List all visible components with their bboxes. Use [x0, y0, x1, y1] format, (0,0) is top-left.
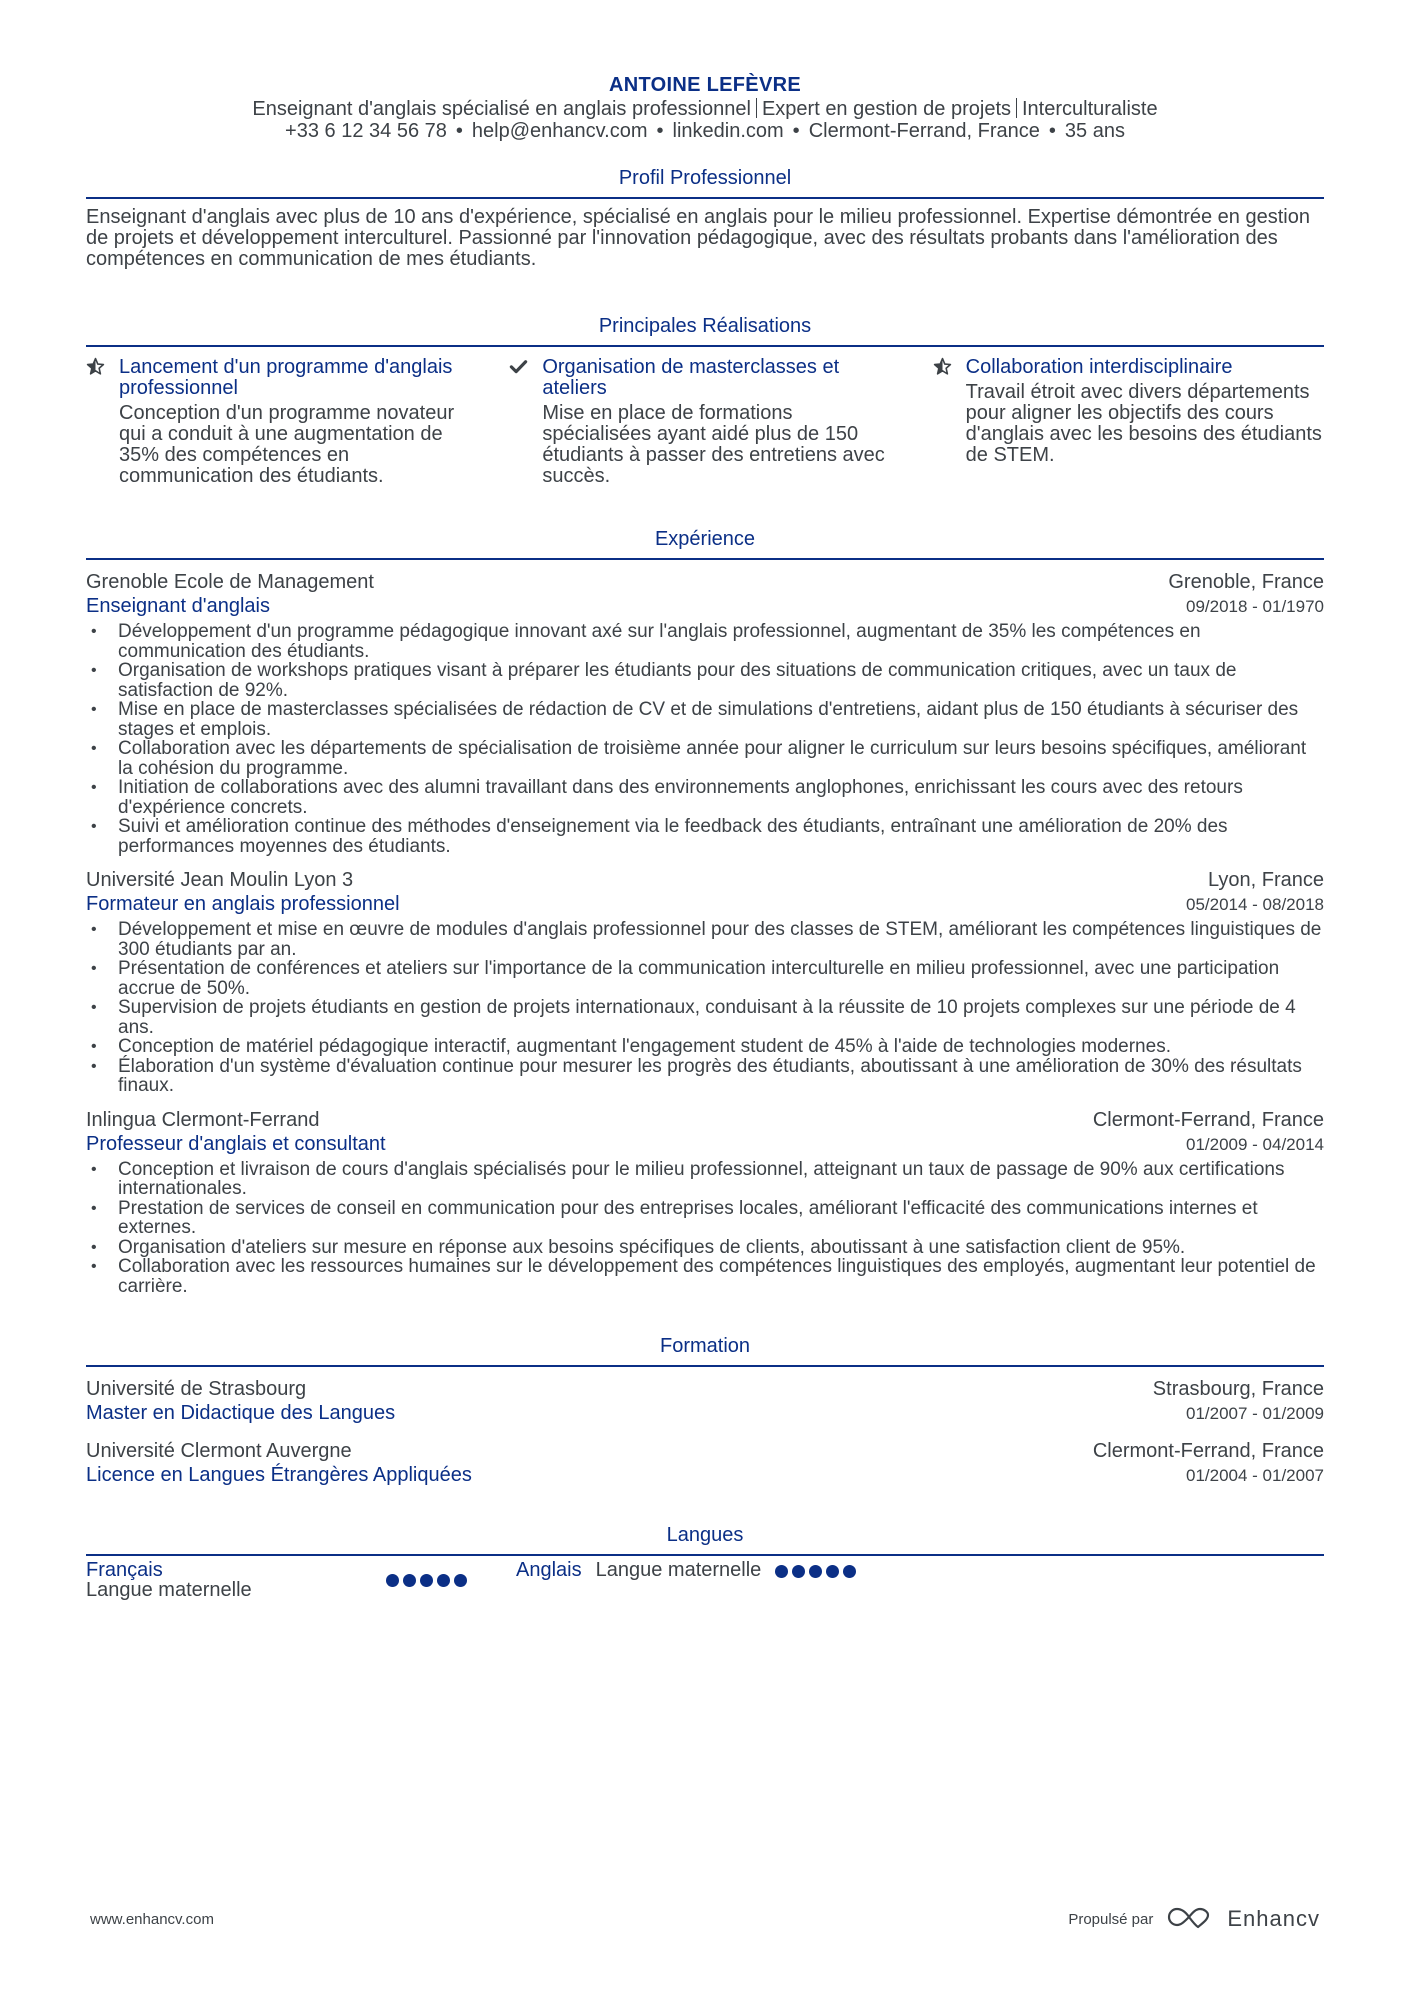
job-dates: 09/2018 - 01/1970: [1186, 596, 1324, 618]
achievement-title: Organisation de masterclasses et atelier…: [542, 357, 900, 399]
bullet-item: Collaboration avec les départements de s…: [86, 739, 1324, 778]
rating-dot-icon: [454, 1574, 467, 1587]
degree: Licence en Langues Étrangères Appliquées: [86, 1463, 472, 1487]
email-link[interactable]: help@enhancv.com: [472, 120, 648, 142]
education-location: Clermont-Ferrand, France: [1093, 1439, 1324, 1463]
education-entry: Université de Strasbourg Strasbourg, Fra…: [86, 1377, 1324, 1425]
degree: Master en Didactique des Langues: [86, 1401, 395, 1425]
education-dates: 01/2007 - 01/2009: [1186, 1403, 1324, 1425]
rating-dot-icon: [843, 1565, 856, 1578]
language-level: Langue maternelle: [86, 1580, 386, 1600]
contact-line: +33 6 12 34 56 78•help@enhancv.com•linke…: [86, 120, 1324, 142]
bullet-item: Prestation de services de conseil en com…: [86, 1199, 1324, 1238]
job-title: Formateur en anglais professionnel: [86, 892, 400, 916]
bullet-item: Mise en place de masterclasses spécialis…: [86, 700, 1324, 739]
achievements-grid: Lancement d'un programme d'anglais profe…: [86, 347, 1324, 487]
job-dates: 01/2009 - 04/2014: [1186, 1134, 1324, 1156]
achievement-description: Mise en place de formations spécialisées…: [542, 403, 900, 487]
bullet-item: Élaboration d'un système d'évaluation co…: [86, 1057, 1324, 1096]
profile-summary: Enseignant d'anglais avec plus de 10 ans…: [86, 207, 1324, 270]
achievement-item: Organisation de masterclasses et atelier…: [509, 357, 900, 487]
rating-dot-icon: [792, 1565, 805, 1578]
rating-dot-icon: [437, 1574, 450, 1587]
achievement-item: Lancement d'un programme d'anglais profe…: [86, 357, 477, 487]
education-section: Formation Université de Strasbourg Stras…: [86, 1334, 1324, 1487]
school-name: Université de Strasbourg: [86, 1377, 306, 1401]
language-name: Anglais: [516, 1560, 582, 1580]
section-title: Principales Réalisations: [86, 314, 1324, 347]
bullet-item: Développement d'un programme pédagogique…: [86, 622, 1324, 661]
bullet-item: Collaboration avec les ressources humain…: [86, 1257, 1324, 1296]
experience-list: Grenoble Ecole de ManagementGrenoble, Fr…: [86, 560, 1324, 1296]
divider: [756, 98, 757, 118]
job-location: Grenoble, France: [1168, 570, 1324, 594]
job-dates: 05/2014 - 08/2018: [1186, 894, 1324, 916]
language-rating: [775, 1565, 856, 1578]
rating-dot-icon: [809, 1565, 822, 1578]
profile-section: Profil Professionnel Enseignant d'anglai…: [86, 166, 1324, 270]
bullet-item: Suivi et amélioration continue des métho…: [86, 817, 1324, 856]
age: 35 ans: [1065, 120, 1125, 142]
resume-page: ANTOINE LEFÈVRE Enseignant d'anglais spé…: [0, 0, 1410, 1995]
languages-list: Français Langue maternelle Anglais Langu…: [86, 1556, 1324, 1600]
powered-by-label: Propulsé par: [1068, 1911, 1153, 1928]
company-name: Grenoble Ecole de Management: [86, 570, 374, 594]
check-icon: [509, 357, 542, 487]
bullet-list: Développement et mise en œuvre de module…: [86, 920, 1324, 1096]
bullet-item: Présentation de conférences et ateliers …: [86, 959, 1324, 998]
bullet-list: Conception et livraison de cours d'angla…: [86, 1160, 1324, 1297]
language-name: Français: [86, 1560, 386, 1580]
section-title: Expérience: [86, 527, 1324, 560]
language-item: Français Langue maternelle: [86, 1560, 386, 1600]
divider: [1016, 98, 1017, 118]
achievements-section: Principales Réalisations Lancement d'un …: [86, 314, 1324, 487]
bullet-item: Organisation de workshops pratiques visa…: [86, 661, 1324, 700]
section-title: Formation: [86, 1334, 1324, 1367]
rating-dot-icon: [420, 1574, 433, 1587]
phone[interactable]: +33 6 12 34 56 78: [285, 120, 447, 142]
star-half-icon: [933, 357, 966, 487]
job-title: Professeur d'anglais et consultant: [86, 1132, 386, 1156]
brand-name: Enhancv: [1227, 1906, 1320, 1932]
section-title: Langues: [86, 1523, 1324, 1556]
website-link[interactable]: www.enhancv.com: [90, 1911, 214, 1928]
bullet-item: Conception de matériel pédagogique inter…: [86, 1037, 1324, 1057]
headline-part: Enseignant d'anglais spécialisé en angla…: [252, 98, 751, 120]
candidate-name: ANTOINE LEFÈVRE: [86, 72, 1324, 98]
company-name: Université Jean Moulin Lyon 3: [86, 868, 353, 892]
achievement-description: Travail étroit avec divers départements …: [966, 382, 1324, 466]
achievement-title: Lancement d'un programme d'anglais profe…: [119, 357, 477, 399]
resume-header: ANTOINE LEFÈVRE Enseignant d'anglais spé…: [86, 72, 1324, 142]
linkedin-link[interactable]: linkedin.com: [673, 120, 784, 142]
achievement-item: Collaboration interdisciplinaire Travail…: [933, 357, 1324, 487]
education-dates: 01/2004 - 01/2007: [1186, 1465, 1324, 1487]
star-half-icon: [86, 357, 119, 487]
separator-dot: •: [793, 120, 800, 142]
bullet-item: Organisation d'ateliers sur mesure en ré…: [86, 1238, 1324, 1258]
education-entry: Université Clermont Auvergne Clermont-Fe…: [86, 1439, 1324, 1487]
enhancv-logo-icon: [1167, 1905, 1213, 1933]
headline-part: Interculturaliste: [1022, 98, 1158, 120]
achievement-description: Conception d'un programme novateur qui a…: [119, 403, 477, 487]
bullet-item: Développement et mise en œuvre de module…: [86, 920, 1324, 959]
language-rating: [386, 1574, 516, 1587]
experience-entry: Université Jean Moulin Lyon 3Lyon, Franc…: [86, 868, 1324, 1096]
experience-entry: Inlingua Clermont-FerrandClermont-Ferran…: [86, 1108, 1324, 1297]
rating-dot-icon: [826, 1565, 839, 1578]
job-location: Clermont-Ferrand, France: [1093, 1108, 1324, 1132]
headline: Enseignant d'anglais spécialisé en angla…: [86, 98, 1324, 120]
language-item: Anglais Langue maternelle: [516, 1560, 856, 1580]
section-title: Profil Professionnel: [86, 166, 1324, 199]
location: Clermont-Ferrand, France: [809, 120, 1040, 142]
job-title: Enseignant d'anglais: [86, 594, 270, 618]
bullet-list: Développement d'un programme pédagogique…: [86, 622, 1324, 856]
footer: www.enhancv.com Propulsé par Enhancv: [90, 1905, 1320, 1933]
rating-dot-icon: [403, 1574, 416, 1587]
experience-section: Expérience Grenoble Ecole de ManagementG…: [86, 527, 1324, 1296]
languages-section: Langues Français Langue maternelle Angla…: [86, 1523, 1324, 1600]
bullet-item: Conception et livraison de cours d'angla…: [86, 1160, 1324, 1199]
bullet-item: Initiation de collaborations avec des al…: [86, 778, 1324, 817]
job-location: Lyon, France: [1208, 868, 1324, 892]
rating-dot-icon: [386, 1574, 399, 1587]
brand: Propulsé par Enhancv: [1068, 1905, 1320, 1933]
separator-dot: •: [656, 120, 663, 142]
language-level: Langue maternelle: [596, 1560, 762, 1580]
headline-part: Expert en gestion de projets: [762, 98, 1011, 120]
education-location: Strasbourg, France: [1153, 1377, 1324, 1401]
school-name: Université Clermont Auvergne: [86, 1439, 352, 1463]
experience-entry: Grenoble Ecole de ManagementGrenoble, Fr…: [86, 570, 1324, 856]
bullet-item: Supervision de projets étudiants en gest…: [86, 998, 1324, 1037]
company-name: Inlingua Clermont-Ferrand: [86, 1108, 319, 1132]
achievement-title: Collaboration interdisciplinaire: [966, 357, 1324, 378]
separator-dot: •: [456, 120, 463, 142]
separator-dot: •: [1049, 120, 1056, 142]
rating-dot-icon: [775, 1565, 788, 1578]
